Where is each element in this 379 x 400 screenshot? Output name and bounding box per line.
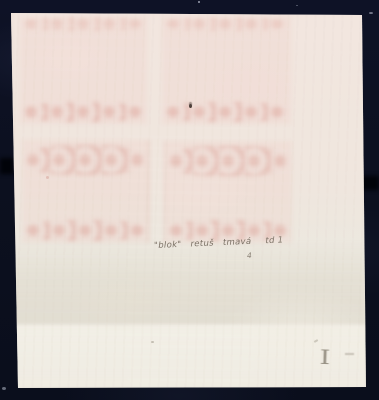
stamp-paper: "blok" retuš tmavá td 1 4 I — [0, 0, 379, 400]
stamp-photograph: "blok" retuš tmavá td 1 4 I — [0, 0, 379, 400]
dust-speck — [2, 387, 6, 390]
dust-speck — [369, 12, 373, 14]
paper-edge-shading — [0, 0, 379, 400]
dust-speck — [296, 5, 298, 6]
background-shadow-streak — [0, 158, 14, 174]
dust-speck — [198, 1, 200, 3]
